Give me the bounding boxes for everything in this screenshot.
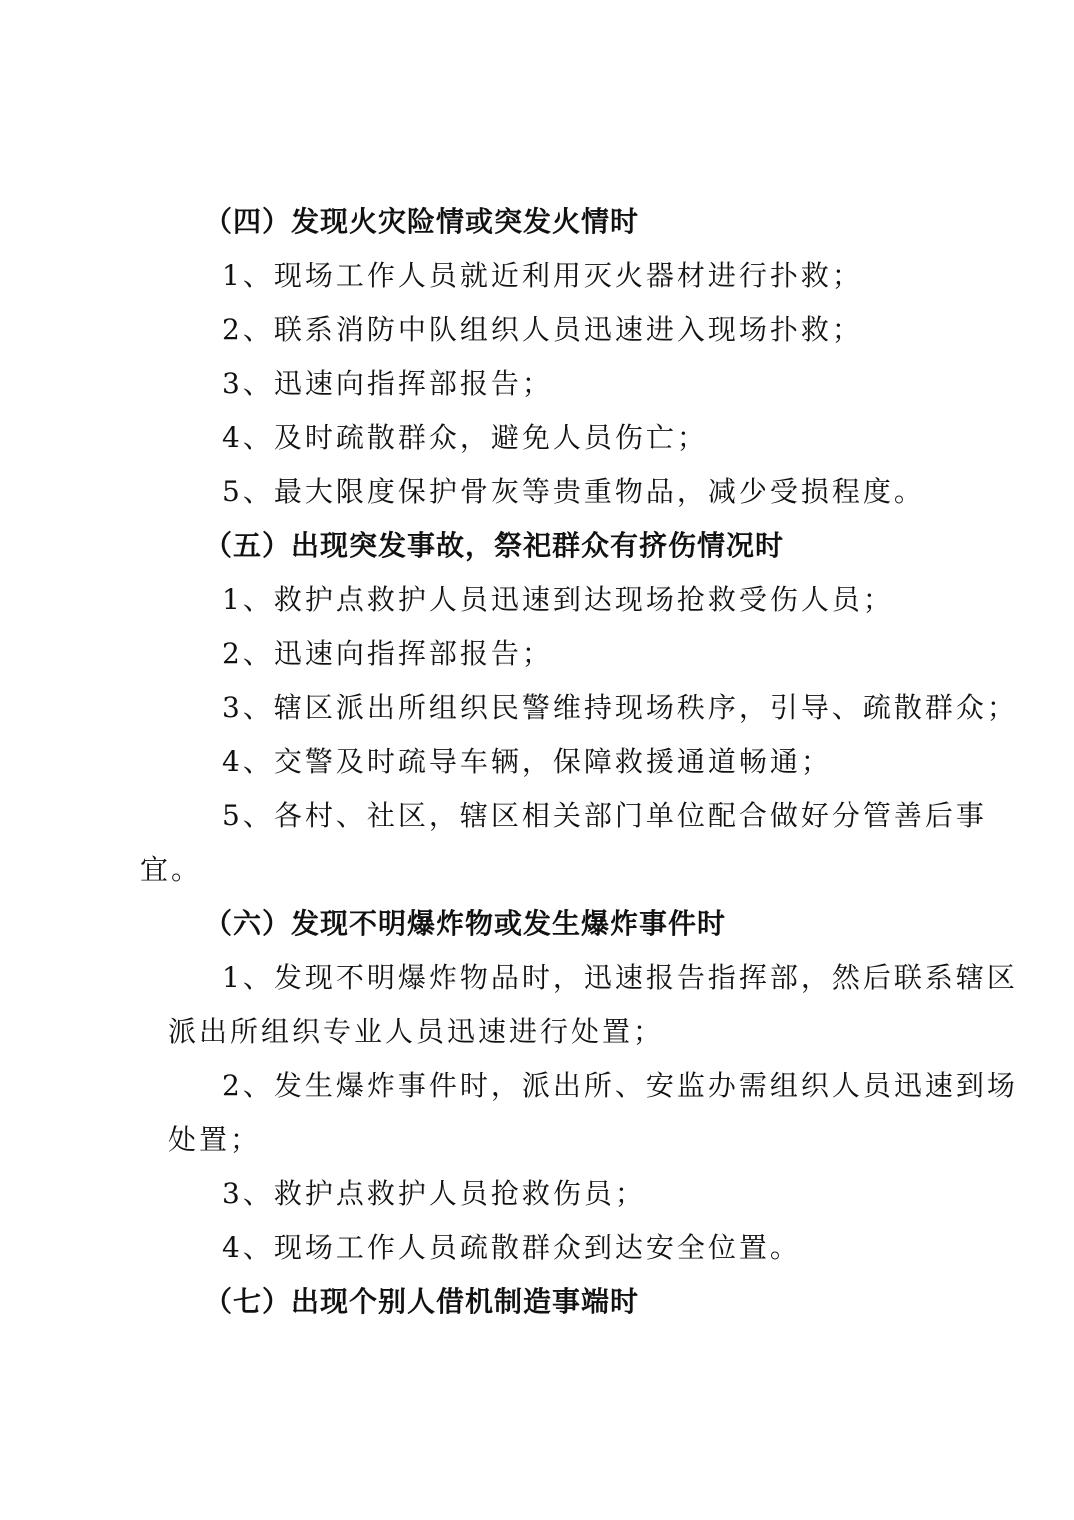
list-item: 5、各村、社区，辖区相关部门单位配合做好分管善后事 <box>222 799 987 833</box>
list-item-continuation: 处置； <box>168 1123 261 1157</box>
list-item: 2、发生爆炸事件时，派出所、安监办需组织人员迅速到场 <box>222 1069 1018 1103</box>
list-item: 1、现场工作人员就近利用灭火器材进行扑救； <box>222 259 863 293</box>
list-item: 4、现场工作人员疏散群众到达安全位置。 <box>222 1231 801 1265</box>
list-item-continuation: 派出所组织专业人员迅速进行处置； <box>168 1015 664 1049</box>
section-heading-6: （六）发现不明爆炸物或发生爆炸事件时 <box>204 907 726 941</box>
section-heading-5: （五）出现突发事故，祭祀群众有挤伤情况时 <box>204 529 784 563</box>
list-item: 2、联系消防中队组织人员迅速进入现场扑救； <box>222 313 863 347</box>
list-item: 1、发现不明爆炸物品时，迅速报告指挥部，然后联系辖区 <box>222 961 1018 995</box>
section-heading-4: （四）发现火灾险情或突发火情时 <box>204 205 639 239</box>
list-item: 3、辖区派出所组织民警维持现场秩序，引导、疏散群众； <box>222 691 1018 725</box>
list-item-continuation: 宜。 <box>140 853 202 887</box>
list-item: 5、最大限度保护骨灰等贵重物品，减少受损程度。 <box>222 475 925 509</box>
list-item: 2、迅速向指挥部报告； <box>222 637 553 671</box>
list-item: 3、救护点救护人员抢救伤员； <box>222 1177 646 1211</box>
section-heading-7: （七）出现个别人借机制造事端时 <box>204 1285 639 1319</box>
list-item: 4、交警及时疏导车辆，保障救援通道畅通； <box>222 745 832 779</box>
list-item: 1、救护点救护人员迅速到达现场抢救受伤人员； <box>222 583 894 617</box>
list-item: 3、迅速向指挥部报告； <box>222 367 553 401</box>
list-item: 4、及时疏散群众，避免人员伤亡； <box>222 421 708 455</box>
